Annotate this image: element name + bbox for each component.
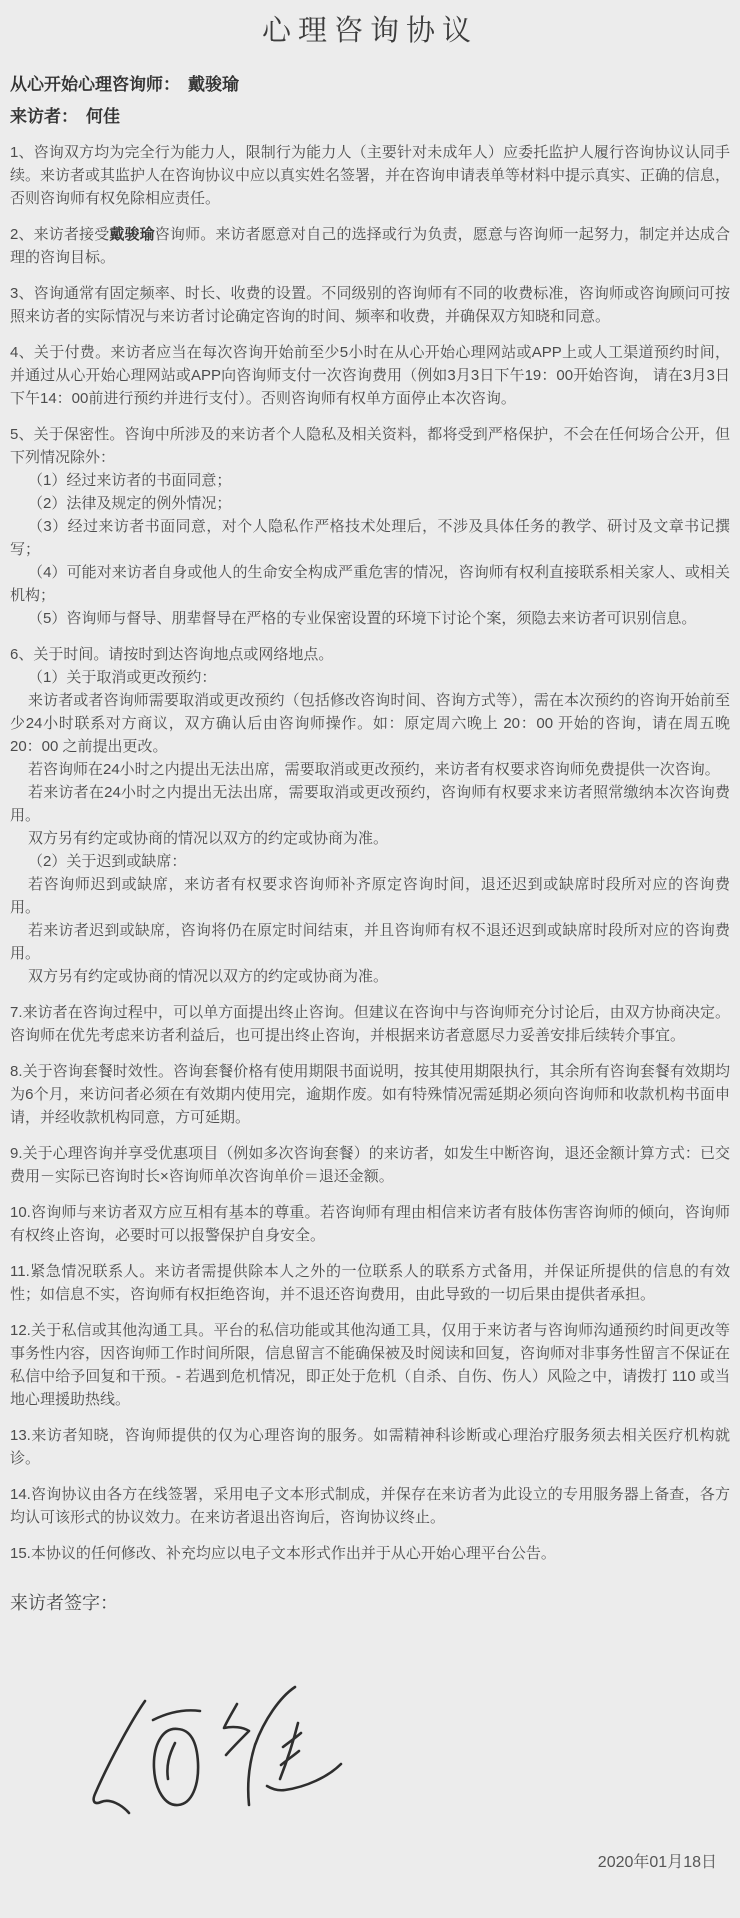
clause-line: 14.咨询协议由各方在线签署，采用电子文本形式制成，并保存在来访者为此设立的专用… <box>10 1483 730 1529</box>
clause-line: 6、关于时间。请按时到达咨询地点或网络地点。 <box>10 643 730 666</box>
clause-line: 若来访者迟到或缺席，咨询将仍在原定时间结束，并且咨询师有权不退还迟到或缺席时段所… <box>10 919 730 965</box>
clause-line: 13.来访者知晓，咨询师提供的仅为心理咨询的服务。如需精神科诊断或心理治疗服务须… <box>10 1424 730 1470</box>
clause-text: 9.关于心理咨询并享受优惠项目（例如多次咨询套餐）的来访者，如发生中断咨询，退还… <box>10 1145 730 1185</box>
clause-text: 5、关于保密性。咨询中所涉及的来访者个人隐私及相关资料，都将受到严格保护，不会在… <box>10 426 730 466</box>
clause-text: 1、咨询双方均为完全行为能力人，限制行为能力人（主要针对未成年人）应委托监护人履… <box>10 144 730 207</box>
page-title: 心理咨询协议 <box>10 14 730 49</box>
clause-line: 5、关于保密性。咨询中所涉及的来访者个人隐私及相关资料，都将受到严格保护，不会在… <box>10 423 730 469</box>
clause-line: （2）法律及规定的例外情况； <box>10 492 730 515</box>
clause-text: 若咨询师在24小时之内提出无法出席，需要取消或更改预约，来访者有权要求咨询师免费… <box>28 761 720 778</box>
clause-line: 15.本协议的任何修改、补充均应以电子文本形式作出并于从心开始心理平台公告。 <box>10 1542 730 1565</box>
visitor-name: 何佳 <box>86 107 120 126</box>
agreement-clause: 2、来访者接受戴骏瑜咨询师。来访者愿意对自己的选择或行为负责，愿意与咨询师一起努… <box>10 223 730 269</box>
clause-text: 2、来访者接受 <box>10 226 109 243</box>
agreement-clause: 12.关于私信或其他沟通工具。平台的私信功能或其他沟通工具，仅用于来访者与咨询师… <box>10 1319 730 1411</box>
clause-line: 3、咨询通常有固定频率、时长、收费的设置。不同级别的咨询师有不同的收费标准，咨询… <box>10 282 730 328</box>
clause-line: 来访者或者咨询师需要取消或更改预约（包括修改咨询时间、咨询方式等），需在本次预约… <box>10 689 730 758</box>
clause-text: 来访者或者咨询师需要取消或更改预约（包括修改咨询时间、咨询方式等），需在本次预约… <box>10 692 730 755</box>
clause-line: 10.咨询师与来访者双方应互相有基本的尊重。若咨询师有理由相信来访者有肢体伤害咨… <box>10 1201 730 1247</box>
clause-line: 若咨询师在24小时之内提出无法出席，需要取消或更改预约，来访者有权要求咨询师免费… <box>10 758 730 781</box>
clause-line: （1）经过来访者的书面同意； <box>10 469 730 492</box>
clauses-container: 1、咨询双方均为完全行为能力人，限制行为能力人（主要针对未成年人）应委托监护人履… <box>10 141 730 1565</box>
visitor-line: 来访者：何佳 <box>10 108 730 127</box>
clause-text: 10.咨询师与来访者双方应互相有基本的尊重。若咨询师有理由相信来访者有肢体伤害咨… <box>10 1204 730 1244</box>
counselor-name: 戴骏瑜 <box>188 75 239 94</box>
clause-line: 7.来访者在咨询过程中，可以单方面提出终止咨询。但建议在咨询中与咨询师充分讨论后… <box>10 1001 730 1047</box>
clause-text: 若来访者在24小时之内提出无法出席，需要取消或更改预约，咨询师有权要求来访者照常… <box>10 784 730 824</box>
clause-text: （1）关于取消或更改预约： <box>28 669 216 686</box>
clause-text: 6、关于时间。请按时到达咨询地点或网络地点。 <box>10 646 333 663</box>
clause-line: 若来访者在24小时之内提出无法出席，需要取消或更改预约，咨询师有权要求来访者照常… <box>10 781 730 827</box>
clause-text: （1）经过来访者的书面同意； <box>28 472 231 489</box>
clause-text: 若来访者迟到或缺席，咨询将仍在原定时间结束，并且咨询师有权不退还迟到或缺席时段所… <box>10 922 730 962</box>
agreement-document: 心理咨询协议 从心开始心理咨询师：戴骏瑜 来访者：何佳 1、咨询双方均为完全行为… <box>0 0 740 1918</box>
clause-line: 9.关于心理咨询并享受优惠项目（例如多次咨询套餐）的来访者，如发生中断咨询，退还… <box>10 1142 730 1188</box>
visitor-signature-image <box>45 1667 375 1849</box>
agreement-clause: 9.关于心理咨询并享受优惠项目（例如多次咨询套餐）的来访者，如发生中断咨询，退还… <box>10 1142 730 1188</box>
clause-text: 双方另有约定或协商的情况以双方的约定或协商为准。 <box>28 968 388 985</box>
agreement-clause: 5、关于保密性。咨询中所涉及的来访者个人隐私及相关资料，都将受到严格保护，不会在… <box>10 423 730 630</box>
clause-text: 13.来访者知晓，咨询师提供的仅为心理咨询的服务。如需精神科诊断或心理治疗服务须… <box>10 1427 730 1467</box>
agreement-clause: 4、关于付费。来访者应当在每次咨询开始前至少5小时在从心开始心理网站或APP上或… <box>10 341 730 410</box>
clause-text: 11.紧急情况联系人。来访者需提供除本人之外的一位联系人的联系方式备用，并保证所… <box>10 1263 730 1303</box>
clause-line: 1、咨询双方均为完全行为能力人，限制行为能力人（主要针对未成年人）应委托监护人履… <box>10 141 730 210</box>
visitor-label: 来访者： <box>10 107 78 126</box>
signature-date: 2020年01月18日 <box>10 1853 730 1872</box>
clause-line: （4）可能对来访者自身或他人的生命安全构成严重危害的情况，咨询师有权利直接联系相… <box>10 561 730 607</box>
clause-text: （2）关于迟到或缺席： <box>28 853 186 870</box>
agreement-clause: 14.咨询协议由各方在线签署，采用电子文本形式制成，并保存在来访者为此设立的专用… <box>10 1483 730 1529</box>
agreement-clause: 3、咨询通常有固定频率、时长、收费的设置。不同级别的咨询师有不同的收费标准，咨询… <box>10 282 730 328</box>
counselor-label: 从心开始心理咨询师： <box>10 75 180 94</box>
counselor-name-inline: 戴骏瑜 <box>109 226 154 243</box>
clause-text: 14.咨询协议由各方在线签署，采用电子文本形式制成，并保存在来访者为此设立的专用… <box>10 1486 730 1526</box>
clause-line: 若咨询师迟到或缺席，来访者有权要求咨询师补齐原定咨询时间，退还迟到或缺席时段所对… <box>10 873 730 919</box>
clause-text: 若咨询师迟到或缺席，来访者有权要求咨询师补齐原定咨询时间，退还迟到或缺席时段所对… <box>10 876 730 916</box>
agreement-clause: 13.来访者知晓，咨询师提供的仅为心理咨询的服务。如需精神科诊断或心理治疗服务须… <box>10 1424 730 1470</box>
clause-line: 双方另有约定或协商的情况以双方的约定或协商为准。 <box>10 965 730 988</box>
agreement-clause: 15.本协议的任何修改、补充均应以电子文本形式作出并于从心开始心理平台公告。 <box>10 1542 730 1565</box>
clause-text: 7.来访者在咨询过程中，可以单方面提出终止咨询。但建议在咨询中与咨询师充分讨论后… <box>10 1004 730 1044</box>
clause-line: 12.关于私信或其他沟通工具。平台的私信功能或其他沟通工具，仅用于来访者与咨询师… <box>10 1319 730 1411</box>
clause-line: （1）关于取消或更改预约： <box>10 666 730 689</box>
clause-line: 双方另有约定或协商的情况以双方的约定或协商为准。 <box>10 827 730 850</box>
clause-line: 4、关于付费。来访者应当在每次咨询开始前至少5小时在从心开始心理网站或APP上或… <box>10 341 730 410</box>
agreement-clause: 10.咨询师与来访者双方应互相有基本的尊重。若咨询师有理由相信来访者有肢体伤害咨… <box>10 1201 730 1247</box>
clause-line: 11.紧急情况联系人。来访者需提供除本人之外的一位联系人的联系方式备用，并保证所… <box>10 1260 730 1306</box>
clause-text: 4、关于付费。来访者应当在每次咨询开始前至少5小时在从心开始心理网站或APP上或… <box>10 344 730 407</box>
agreement-clause: 6、关于时间。请按时到达咨询地点或网络地点。（1）关于取消或更改预约：来访者或者… <box>10 643 730 988</box>
clause-text: 3、咨询通常有固定频率、时长、收费的设置。不同级别的咨询师有不同的收费标准，咨询… <box>10 285 730 325</box>
signature-area <box>45 1667 730 1849</box>
agreement-clause: 11.紧急情况联系人。来访者需提供除本人之外的一位联系人的联系方式备用，并保证所… <box>10 1260 730 1306</box>
clause-text: （2）法律及规定的例外情况； <box>28 495 231 512</box>
clause-text: （5）咨询师与督导、朋辈督导在严格的专业保密设置的环境下讨论个案，须隐去来访者可… <box>28 610 696 627</box>
clause-text: 15.本协议的任何修改、补充均应以电子文本形式作出并于从心开始心理平台公告。 <box>10 1545 556 1562</box>
clause-text: 12.关于私信或其他沟通工具。平台的私信功能或其他沟通工具，仅用于来访者与咨询师… <box>10 1322 730 1408</box>
clause-line: （2）关于迟到或缺席： <box>10 850 730 873</box>
clause-line: 2、来访者接受戴骏瑜咨询师。来访者愿意对自己的选择或行为负责，愿意与咨询师一起努… <box>10 223 730 269</box>
clause-text: （4）可能对来访者自身或他人的生命安全构成严重危害的情况，咨询师有权利直接联系相… <box>10 564 730 604</box>
counselor-line: 从心开始心理咨询师：戴骏瑜 <box>10 76 730 95</box>
clause-line: 8.关于咨询套餐时效性。咨询套餐价格有使用期限书面说明，按其使用期限执行，其余所… <box>10 1060 730 1129</box>
agreement-clause: 8.关于咨询套餐时效性。咨询套餐价格有使用期限书面说明，按其使用期限执行，其余所… <box>10 1060 730 1129</box>
agreement-clause: 1、咨询双方均为完全行为能力人，限制行为能力人（主要针对未成年人）应委托监护人履… <box>10 141 730 210</box>
clause-text: 双方另有约定或协商的情况以双方的约定或协商为准。 <box>28 830 388 847</box>
clause-line: （5）咨询师与督导、朋辈督导在严格的专业保密设置的环境下讨论个案，须隐去来访者可… <box>10 607 730 630</box>
agreement-clause: 7.来访者在咨询过程中，可以单方面提出终止咨询。但建议在咨询中与咨询师充分讨论后… <box>10 1001 730 1047</box>
clause-text: 8.关于咨询套餐时效性。咨询套餐价格有使用期限书面说明，按其使用期限执行，其余所… <box>10 1063 730 1126</box>
clause-line: （3）经过来访者书面同意，对个人隐私作严格技术处理后，不涉及具体任务的教学、研讨… <box>10 515 730 561</box>
signature-label: 来访者签字： <box>10 1593 730 1615</box>
clause-text: （3）经过来访者书面同意，对个人隐私作严格技术处理后，不涉及具体任务的教学、研讨… <box>10 518 730 558</box>
